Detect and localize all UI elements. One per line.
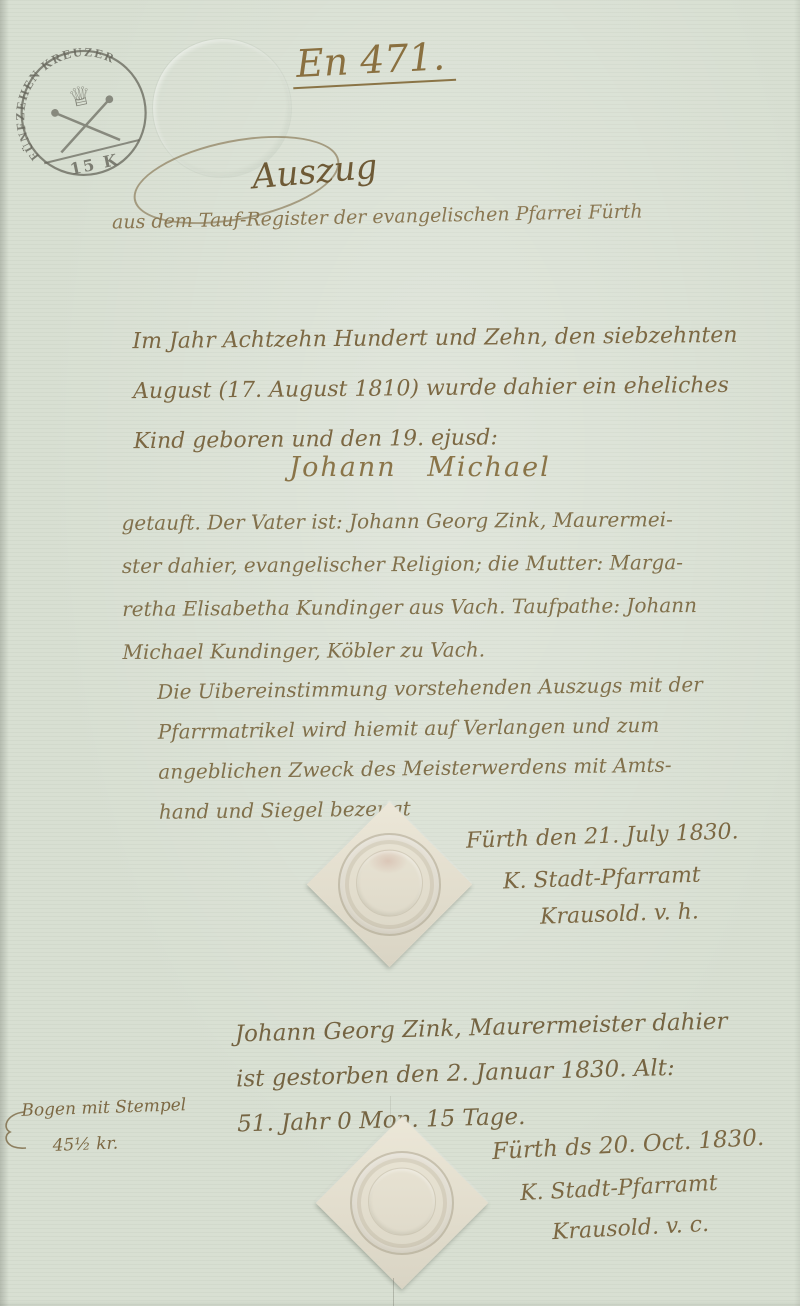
baptism-entry-line: retha Elisabetha Kundinger aus Vach. Tau… [122, 584, 697, 631]
certification-paragraph: Die Uibereinstimmung vorstehenden Auszug… [157, 664, 705, 832]
margin-fee-note: Bogen mit Stempel 45½ kr. [21, 1087, 188, 1165]
seal-wax-tint [368, 848, 408, 874]
attestation-2-signature: Krausold. v. c. [551, 1212, 709, 1245]
margin-fee-note-line: 45½ kr. [22, 1123, 188, 1165]
baptism-entry-paragraph: getauft. Der Vater ist: Johann Georg Zin… [121, 498, 697, 674]
birth-entry-paragraph: Im Jahr Achtzehn Hundert und Zehn, den s… [132, 311, 739, 467]
stamp-crown-icon: ♕ [66, 80, 95, 114]
death-note-paragraph: Johann Georg Zink, Maurermeister dahier … [234, 1000, 730, 1148]
paper-fold-line [393, 1278, 394, 1306]
certification-line: angeblichen Zweck des Meisterwerdens mit… [158, 744, 704, 792]
child-name: Johann Michael [240, 452, 600, 483]
attestation-1-office: K. Stadt-Pfarramt [503, 863, 701, 895]
paper-fold-line [390, 1096, 391, 1122]
revenue-stamp: FÜNFZEHEN KREUZER ♕ 15 K [0, 21, 172, 199]
baptism-entry-line: ster dahier, evangelischer Religion; die… [122, 541, 697, 588]
margin-fee-note-line: Bogen mit Stempel [21, 1087, 187, 1129]
registry-number: En 471. [291, 34, 456, 89]
document-page: FÜNFZEHEN KREUZER ♕ 15 K En 471. Auszug … [0, 0, 800, 1306]
birth-entry-line: Im Jahr Achtzehn Hundert und Zehn, den s… [132, 311, 738, 367]
attestation-2-office: K. Stadt-Pfarramt [519, 1171, 718, 1206]
baptism-entry-line: getauft. Der Vater ist: Johann Georg Zin… [121, 498, 696, 545]
birth-entry-line: August (17. August 1810) wurde dahier ei… [133, 361, 739, 417]
attestation-1-signature: Krausold. v. h. [540, 899, 700, 930]
